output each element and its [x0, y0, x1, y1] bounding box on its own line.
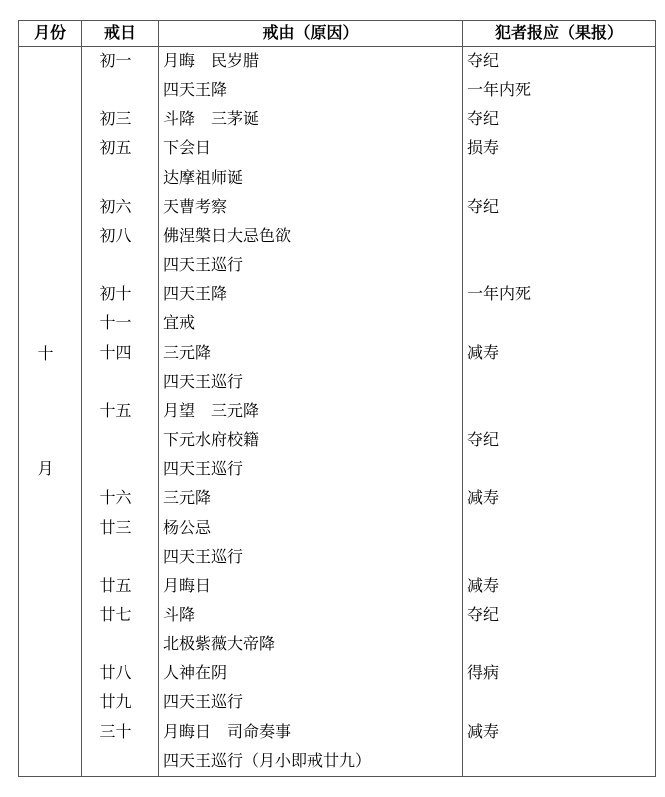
header-retribution: 犯者报应（果报）	[463, 21, 655, 46]
col-retribution: 夺纪一年内死夺纪损寿夺纪一年内死减寿夺纪减寿减寿夺纪得病减寿	[463, 47, 655, 776]
reason-cell: 达摩祖师诞	[159, 164, 462, 193]
day-cell: 初三	[82, 105, 158, 134]
day-cell	[82, 251, 158, 280]
retribution-cell	[463, 543, 655, 572]
retribution-cell	[463, 455, 655, 484]
retribution-cell: 减寿	[463, 339, 655, 368]
reason-cell: 下会日	[159, 134, 462, 163]
day-cell: 十一	[82, 309, 158, 338]
retribution-cell: 夺纪	[463, 47, 655, 76]
header-month: 月份	[19, 21, 82, 46]
day-cell	[82, 164, 158, 193]
retribution-cell	[463, 368, 655, 397]
reason-cell: 斗降 三茅诞	[159, 105, 462, 134]
retribution-cell: 得病	[463, 659, 655, 688]
reason-cell: 斗降	[159, 601, 462, 630]
day-cell: 初一	[82, 47, 158, 76]
reason-cell: 北极紫薇大帝降	[159, 630, 462, 659]
retribution-cell: 一年内死	[463, 76, 655, 105]
col-day: 初一初三初五初六初八初十十一十四十五十六廿三廿五廿七廿八廿九三十	[82, 47, 159, 776]
table-body: 十 月 初一初三初五初六初八初十十一十四十五十六廿三廿五廿七廿八廿九三十 月晦 …	[19, 47, 655, 776]
day-cell: 十六	[82, 484, 158, 513]
day-cell: 十五	[82, 397, 158, 426]
month-char-1: 十	[19, 347, 81, 363]
reason-cell: 杨公忌	[159, 514, 462, 543]
day-cell: 三十	[82, 718, 158, 747]
retribution-cell	[463, 397, 655, 426]
day-cell: 廿九	[82, 688, 158, 717]
month-char-2: 月	[19, 462, 81, 478]
month-cell: 十 月	[19, 47, 82, 776]
header-reason: 戒由（原因）	[159, 21, 463, 46]
reason-cell: 天曹考察	[159, 193, 462, 222]
col-reason: 月晦 民岁腊四天王降斗降 三茅诞下会日达摩祖师诞天曹考察佛涅槃日大忌色欲四天王巡…	[159, 47, 463, 776]
reason-cell: 人神在阴	[159, 659, 462, 688]
retribution-cell	[463, 164, 655, 193]
day-cell: 初十	[82, 280, 158, 309]
day-cell: 廿五	[82, 572, 158, 601]
day-cell	[82, 630, 158, 659]
day-cell	[82, 368, 158, 397]
day-cell: 初六	[82, 193, 158, 222]
day-cell: 廿八	[82, 659, 158, 688]
retribution-cell: 夺纪	[463, 105, 655, 134]
reason-cell: 四天王巡行（月小即戒廿九）	[159, 747, 462, 776]
retribution-cell: 减寿	[463, 572, 655, 601]
retribution-cell: 夺纪	[463, 601, 655, 630]
retribution-cell: 一年内死	[463, 280, 655, 309]
day-cell	[82, 747, 158, 776]
retribution-cell	[463, 309, 655, 338]
reason-cell: 月望 三元降	[159, 397, 462, 426]
reason-cell: 四天王降	[159, 76, 462, 105]
reason-cell: 三元降	[159, 484, 462, 513]
reason-cell: 四天王降	[159, 280, 462, 309]
reason-cell: 月晦 民岁腊	[159, 47, 462, 76]
day-cell: 十四	[82, 339, 158, 368]
day-cell: 初八	[82, 222, 158, 251]
day-cell	[82, 543, 158, 572]
retribution-cell	[463, 251, 655, 280]
retribution-cell	[463, 222, 655, 251]
day-cell	[82, 76, 158, 105]
day-cell: 廿三	[82, 514, 158, 543]
reason-cell: 四天王巡行	[159, 688, 462, 717]
reason-cell: 四天王巡行	[159, 251, 462, 280]
precept-calendar-table: 月份 戒日 戒由（原因） 犯者报应（果报） 十 月 初一初三初五初六初八初十十一…	[18, 20, 656, 777]
retribution-cell	[463, 688, 655, 717]
table-header-row: 月份 戒日 戒由（原因） 犯者报应（果报）	[19, 21, 655, 47]
retribution-cell	[463, 747, 655, 776]
reason-cell: 月晦日	[159, 572, 462, 601]
retribution-cell: 减寿	[463, 484, 655, 513]
reason-cell: 宜戒	[159, 309, 462, 338]
reason-cell: 月晦日 司命奏事	[159, 718, 462, 747]
day-cell: 初五	[82, 134, 158, 163]
header-day: 戒日	[82, 21, 159, 46]
retribution-cell: 夺纪	[463, 193, 655, 222]
reason-cell: 四天王巡行	[159, 455, 462, 484]
retribution-cell	[463, 514, 655, 543]
retribution-cell: 减寿	[463, 718, 655, 747]
reason-cell: 下元水府校籍	[159, 426, 462, 455]
reason-cell: 三元降	[159, 339, 462, 368]
reason-cell: 佛涅槃日大忌色欲	[159, 222, 462, 251]
day-cell: 廿七	[82, 601, 158, 630]
retribution-cell: 损寿	[463, 134, 655, 163]
retribution-cell: 夺纪	[463, 426, 655, 455]
day-cell	[82, 455, 158, 484]
retribution-cell	[463, 630, 655, 659]
reason-cell: 四天王巡行	[159, 543, 462, 572]
day-cell	[82, 426, 158, 455]
reason-cell: 四天王巡行	[159, 368, 462, 397]
